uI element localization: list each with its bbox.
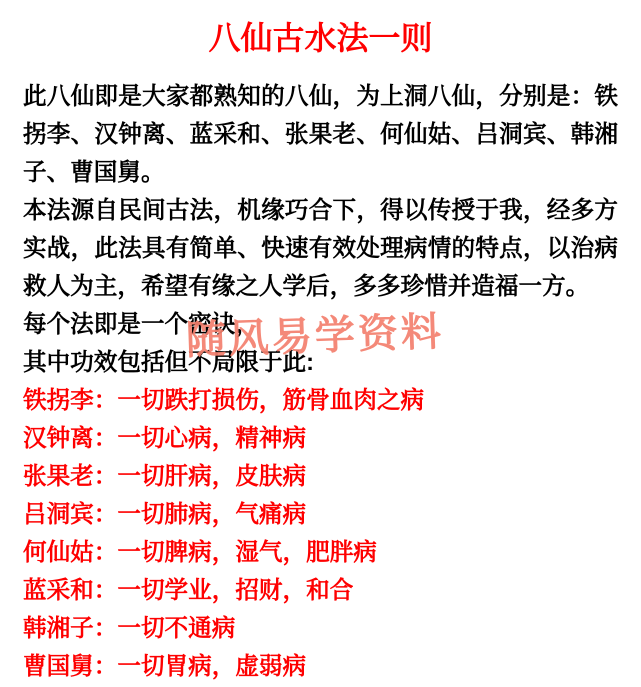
intro-paragraph-2: 本法源自民间古法，机缘巧合下，得以传授于我，经多方实战，此法具有简单、快速有效处… xyxy=(23,192,618,306)
note-line-2: 其中功效包括但不局限于此: xyxy=(23,344,618,382)
list-item: 蓝采和：一切学业，招财，和合 xyxy=(23,572,618,610)
page-title: 八仙古水法一则 xyxy=(0,0,641,62)
list-item: 张果老：一切肝病，皮肤病 xyxy=(23,458,618,496)
note-line-1: 每个法即是一个密诀， xyxy=(23,306,618,344)
intro-paragraph-1: 此八仙即是大家都熟知的八仙，为上洞八仙，分别是：铁拐李、汉钟离、蓝采和、张果老、… xyxy=(23,78,618,192)
list-item: 曹国舅：一切胃病，虚弱病 xyxy=(23,648,618,686)
list-item: 汉钟离：一切心病，精神病 xyxy=(23,420,618,458)
list-item: 铁拐李：一切跌打损伤，筋骨血肉之病 xyxy=(23,382,618,420)
list-item: 何仙姑：一切脾病，湿气，肥胖病 xyxy=(23,534,618,572)
list-item: 吕洞宾：一切肺病，气痛病 xyxy=(23,496,618,534)
immortal-effects-list: 铁拐李：一切跌打损伤，筋骨血肉之病 汉钟离：一切心病，精神病 张果老：一切肝病，… xyxy=(23,382,618,686)
document-body: 此八仙即是大家都熟知的八仙，为上洞八仙，分别是：铁拐李、汉钟离、蓝采和、张果老、… xyxy=(0,62,641,686)
document-page: 八仙古水法一则 此八仙即是大家都熟知的八仙，为上洞八仙，分别是：铁拐李、汉钟离、… xyxy=(0,0,641,687)
list-item: 韩湘子：一切不通病 xyxy=(23,610,618,648)
